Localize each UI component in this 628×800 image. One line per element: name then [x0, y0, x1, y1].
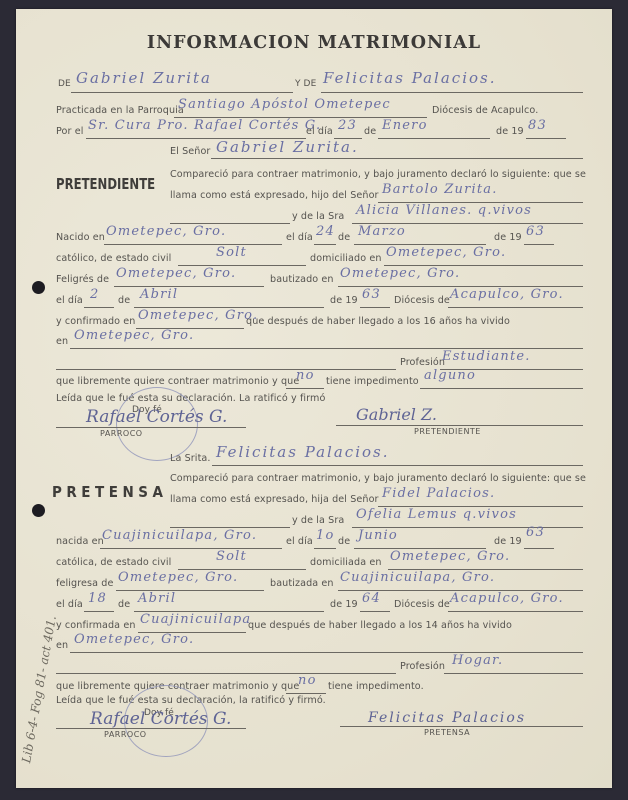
nac-de-label: de: [338, 232, 350, 243]
profesion-pre-line: [56, 369, 396, 370]
nacido-label: Nacido en: [56, 232, 105, 243]
profesion-value: Estudiante.: [442, 349, 531, 364]
impedimento-neg: no: [296, 368, 315, 383]
pretensa-bau-year: 64: [362, 591, 381, 606]
diocesis-text: Diócesis de Acapulco.: [432, 105, 538, 116]
bautizada-value: Cuajinicuilapa, Gro.: [340, 570, 495, 585]
feligres-value: Ometepec, Gro.: [116, 266, 236, 281]
bau-dia-line: [84, 307, 114, 308]
pretensa-bau-de-label: de: [118, 599, 130, 610]
mes-line: [378, 138, 490, 139]
nac-year-line: [524, 244, 554, 245]
pretensa-nac-mes: Junio: [358, 528, 398, 543]
pretendiente-parroco-signature: Rafael Cortés G.: [86, 407, 227, 427]
pretensa-en-label: en: [56, 640, 68, 651]
nacida-value: Cuajinicuilapa, Gro.: [102, 528, 257, 543]
nac-mes: Marzo: [358, 224, 406, 239]
el-senor-label: El Señor: [170, 146, 210, 157]
el-senor-value: Gabriel Zurita.: [216, 138, 359, 156]
libremente-text: que libremente quiere contraer matrimoni…: [56, 376, 299, 387]
catolico-label: católico, de estado civil: [56, 253, 171, 264]
nac-el-dia-label: el día: [286, 232, 313, 243]
en-label: en: [56, 336, 68, 347]
bau-mes: Abril: [140, 287, 178, 302]
y-de-label: Y DE: [295, 79, 316, 89]
domiciliado-label: domiciliado en: [310, 253, 382, 264]
mes-value: Enero: [382, 118, 428, 133]
nacida-line: [100, 548, 282, 549]
srita-label: La Srita.: [170, 453, 211, 464]
pretensa-bau-dia: 18: [88, 591, 107, 606]
bride-name: Felicitas Palacios.: [323, 69, 497, 87]
pretensa-sra-label: y de la Sra: [292, 515, 344, 526]
catolica-label: católica, de estado civil: [56, 557, 171, 568]
punch-hole-top: [32, 281, 45, 294]
pretensa-tiene-impedimento-text: tiene impedimento.: [328, 681, 424, 692]
tiene-impedimento-text: tiene impedimento: [326, 376, 419, 387]
pretensa-sig-line: [340, 726, 583, 727]
groom-name: Gabriel Zurita: [76, 69, 212, 87]
de-label: DE: [58, 79, 71, 89]
diocesis-label: Diócesis de: [394, 295, 450, 306]
pretensa-impedimento-neg: no: [298, 673, 317, 688]
pretendiente-label: PRETENDIENTE: [414, 427, 481, 436]
pretensa-domicilio: Ometepec, Gro.: [390, 549, 510, 564]
pretensa-label: PRETENSA: [424, 728, 470, 737]
confirmada-value: Cuajinicuilapa: [140, 612, 251, 627]
confirmado-label: y confirmado en: [56, 316, 136, 327]
bautizado-label: bautizado en: [270, 274, 334, 285]
pretendiente-section-label: PRETENDIENTE: [56, 175, 155, 193]
pretensa-vivido-line: [70, 652, 583, 653]
pretensa-madre: Ofelia Lemus q.vivos: [356, 507, 517, 522]
parroco-label: PARROCO: [100, 429, 143, 438]
srita-line: [212, 465, 583, 466]
pretensa-nac-dia: 1o: [316, 528, 335, 543]
bautizada-label: bautizada en: [270, 578, 334, 589]
el-dia-label: el día: [306, 126, 333, 137]
pretensa-nac-year-line: [524, 548, 554, 549]
bride-name-line: [321, 92, 583, 93]
pretensa-de-label: de: [338, 536, 350, 547]
pretensa-llama-text: llama como está expresado, hija del Seño…: [170, 494, 379, 505]
pretensa-profesion-label: Profesión: [400, 661, 445, 672]
pretensa-estado-civil: Solt: [216, 549, 247, 564]
pretensa-profesion-value: Hogar.: [452, 653, 503, 668]
pretendiente-madre: Alicia Villanes. q.vivos: [356, 203, 532, 218]
pretendiente-llama-text: llama como está expresado, hijo del Seño…: [170, 190, 379, 201]
pretensa-de-19-label: de 19: [494, 536, 522, 547]
bautizado-value: Ometepec, Gro.: [340, 266, 460, 281]
estado-civil: Solt: [216, 245, 247, 260]
srita-value: Felicitas Palacios.: [216, 443, 390, 461]
impedimento-line: [420, 388, 583, 389]
pretendiente-padre: Bartolo Zurita.: [382, 182, 498, 197]
por-el-label: Por el: [56, 126, 83, 137]
pretendiente-sra-label: y de la Sra: [292, 211, 344, 222]
pretensa-bau-dia-line: [84, 611, 114, 612]
bau-el-dia-label: el día: [56, 295, 83, 306]
bau-year-line: [360, 307, 390, 308]
pretendiente-signature: Gabriel Z.: [356, 405, 437, 424]
feligres-line: [114, 286, 264, 287]
pretensa-bau-de-19-label: de 19: [330, 599, 358, 610]
vivido-value: Ometepec, Gro.: [74, 328, 194, 343]
confirmado-value: Ometepec, Gro.: [138, 308, 258, 323]
feligres-label: Feligrés de: [56, 274, 109, 285]
pretensa-despues-text: que después de haber llegado a los 14 añ…: [248, 620, 512, 631]
despues-text: que después de haber llegado a los 16 añ…: [246, 316, 510, 327]
pretensa-nac-year: 63: [526, 525, 545, 540]
domicilio: Ometepec, Gro.: [386, 245, 506, 260]
profesion-label: Profesión: [400, 357, 445, 368]
punch-hole-bottom: [32, 504, 45, 517]
pretensa-nac-dia-line: [314, 548, 336, 549]
year-value: 83: [528, 118, 547, 133]
pretensa-comparecio-text: Compareció para contraer matrimonio, y b…: [170, 473, 586, 484]
pretensa-profesion-line: [444, 673, 583, 674]
parroquia-value: Santiago Apóstol Ometepec: [178, 97, 391, 112]
pretensa-signature: Felicitas Palacios: [368, 710, 526, 726]
dia-value: 23: [338, 118, 357, 133]
diocesis-line: [448, 307, 583, 308]
pretensa-vivido-value: Ometepec, Gro.: [74, 632, 194, 647]
nac-year: 63: [526, 224, 545, 239]
pretensa-padre: Fidel Palacios.: [382, 486, 495, 501]
pretensa-bau-year-line: [360, 611, 390, 612]
feligresa-value: Ometepec, Gro.: [118, 570, 238, 585]
nacida-label: nacida en: [56, 536, 104, 547]
pretensa-impedimento-neg-line: [286, 693, 326, 694]
nac-dia: 24: [316, 224, 335, 239]
de-label-mes: de: [364, 126, 376, 137]
feligresa-label: feligresa de: [56, 578, 113, 589]
groom-name-line: [71, 92, 293, 93]
confirmada-label: y confirmada en: [56, 620, 136, 631]
margin-annotation: Lib 6-4- Fog 81- act 401.: [19, 604, 61, 764]
pretensa-diocesis-value: Acapulco, Gro.: [450, 591, 564, 606]
impedimento-value: alguno: [424, 368, 476, 383]
impedimento-neg-line: [286, 388, 324, 389]
marriage-information-form: INFORMACION MATRIMONIAL DE Gabriel Zurit…: [16, 9, 612, 788]
year-line: [526, 138, 566, 139]
pretensa-parroco-sig-line: [56, 728, 246, 729]
pretendiente-sig-line: [336, 425, 583, 426]
pretendiente-comparecio-text: Compareció para contraer matrimonio, y b…: [170, 169, 586, 180]
parroquia-label: Practicada en la Parroquia: [56, 105, 184, 116]
pretensa-profesion-pre-line: [56, 673, 396, 674]
nac-de-19-label: de 19: [494, 232, 522, 243]
pretensa-parroco-label: PARROCO: [104, 730, 147, 739]
de-19-label: de 19: [496, 126, 524, 137]
nacido-line: [104, 244, 282, 245]
pretensa-section-label: PRETENSA: [52, 483, 167, 501]
bau-de-label: de: [118, 295, 130, 306]
nacido-value: Ometepec, Gro.: [106, 224, 226, 239]
pretensa-diocesis-label: Diócesis de: [394, 599, 450, 610]
bau-year: 63: [362, 287, 381, 302]
page-title: INFORMACION MATRIMONIAL: [16, 33, 612, 53]
pretensa-diocesis-line: [448, 611, 583, 612]
pretensa-bau-mes: Abril: [138, 591, 176, 606]
parroco-sig-line: [56, 427, 246, 428]
nac-dia-line: [314, 244, 336, 245]
pretensa-el-dia-label: el día: [286, 536, 313, 547]
por-el-value: Sr. Cura Pro. Rafael Cortés G.: [88, 118, 321, 133]
diocesis-value: Acapulco, Gro.: [450, 287, 564, 302]
el-senor-line: [211, 158, 583, 159]
bau-de-19-label: de 19: [330, 295, 358, 306]
domiciliada-label: domiciliada en: [310, 557, 382, 568]
bau-dia: 2: [90, 287, 99, 302]
pretensa-parroco-signature: Rafael Cortés G.: [90, 709, 231, 729]
